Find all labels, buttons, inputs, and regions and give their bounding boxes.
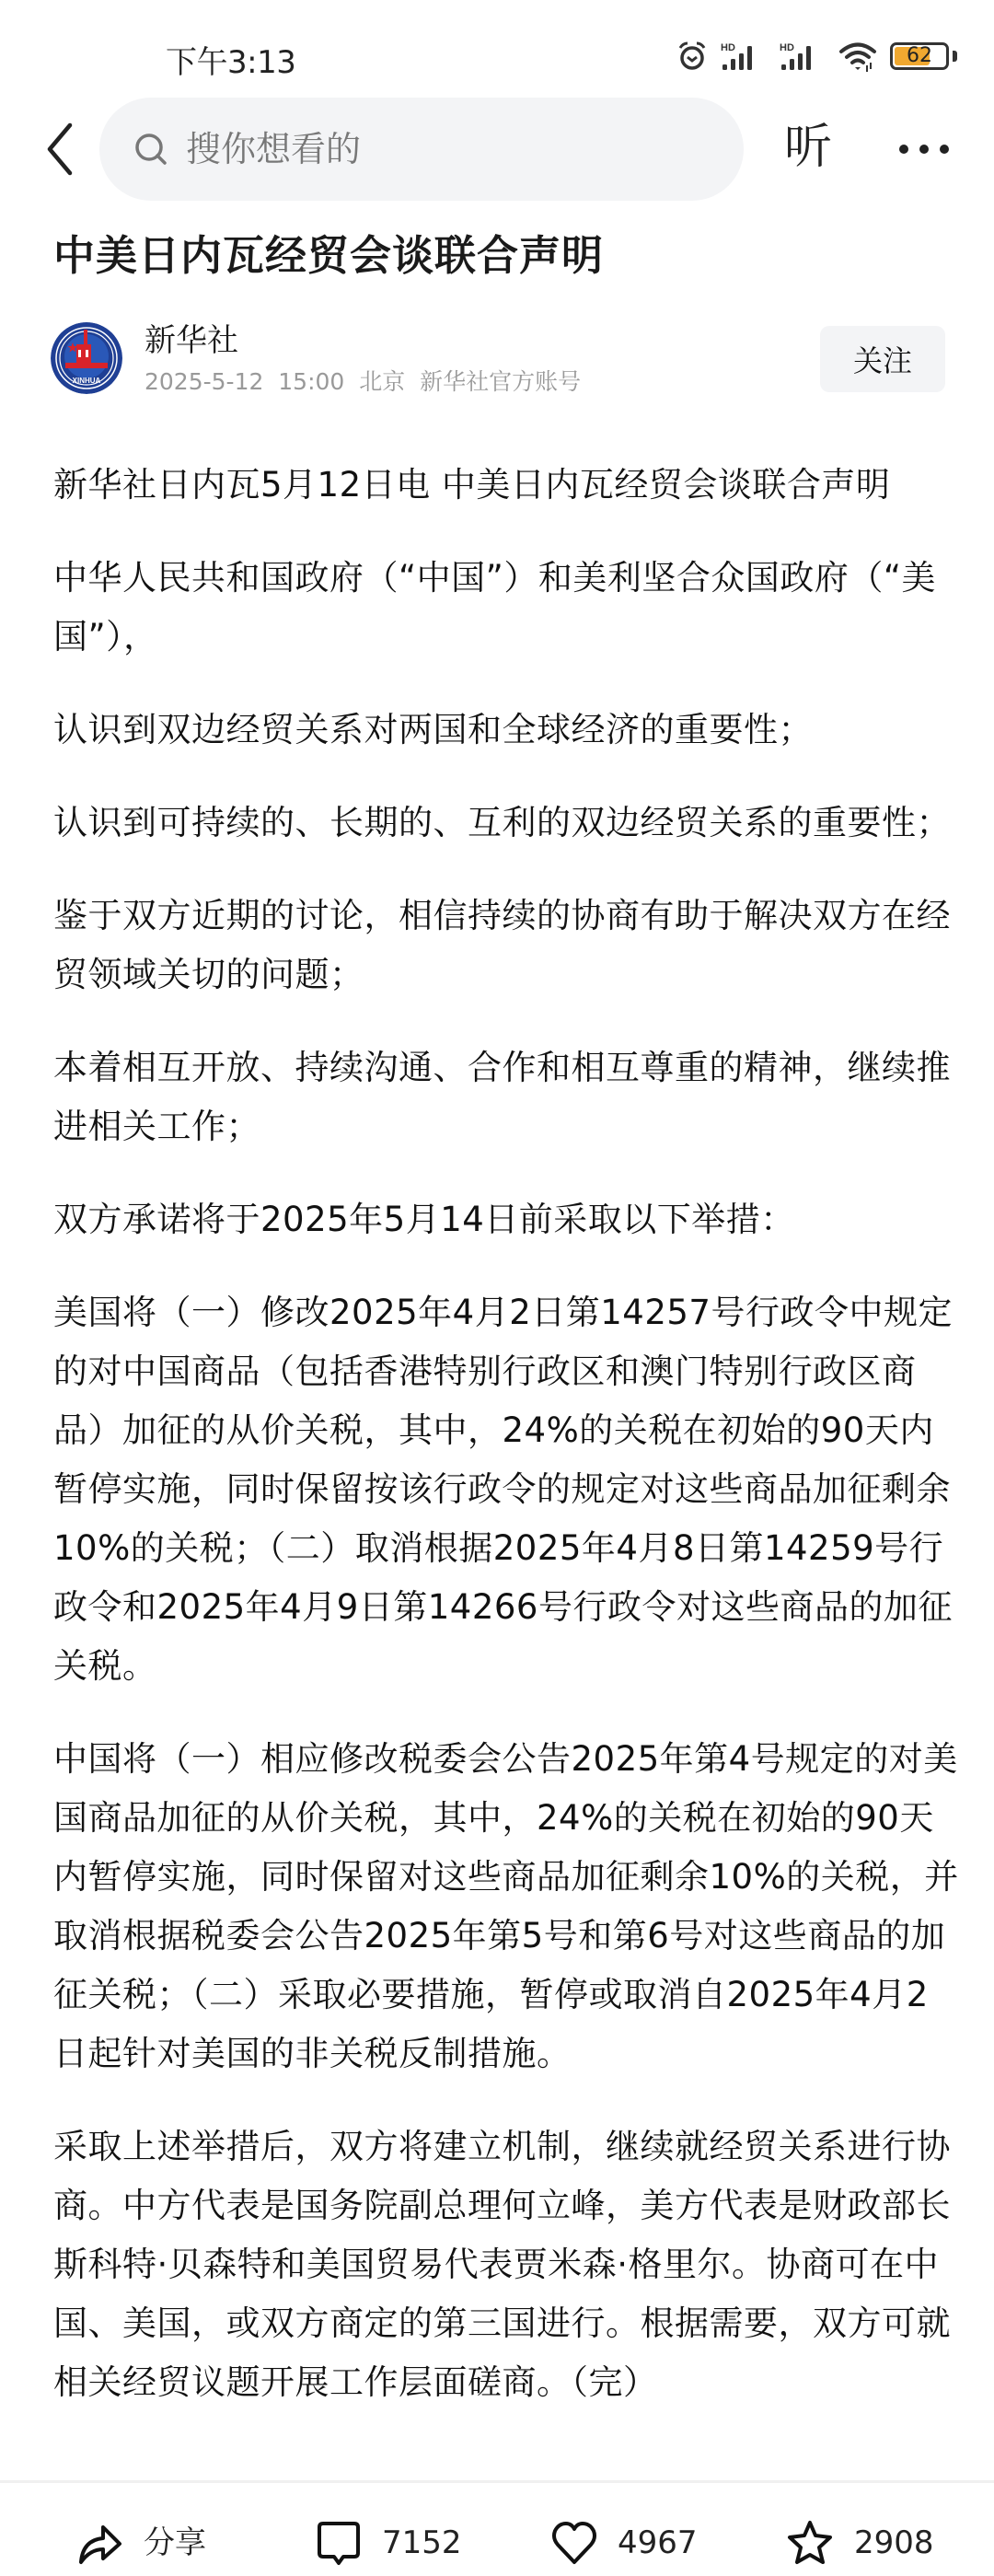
- listen-button[interactable]: 听: [784, 118, 832, 177]
- like-button[interactable]: 4967: [551, 2518, 698, 2568]
- paragraph: 中华人民共和国政府（“中国”）和美利坚合众国政府（“美国”），: [53, 549, 960, 667]
- article-meta: 2025-5-12 15:00 北京 新华社官方账号: [144, 366, 581, 398]
- svg-text:XINHUA: XINHUA: [73, 377, 101, 385]
- xinhua-logo-icon: XINHUA: [51, 322, 122, 394]
- comment-count: 7152: [382, 2518, 462, 2568]
- comment-icon: [316, 2520, 362, 2566]
- share-label: 分享: [144, 2518, 206, 2568]
- more-dots-icon: [899, 145, 908, 154]
- avatar[interactable]: XINHUA: [51, 322, 122, 394]
- wifi-icon: [838, 41, 877, 72]
- status-time: 下午3:13: [166, 37, 295, 82]
- paragraph: 认识到双边经贸关系对两国和全球经济的重要性；: [53, 701, 960, 760]
- more-options-button[interactable]: [895, 120, 954, 179]
- more-dots-icon: [919, 145, 929, 154]
- follow-button[interactable]: 关注: [820, 326, 945, 392]
- author-name[interactable]: 新华社: [144, 320, 238, 361]
- like-count: 4967: [618, 2518, 698, 2568]
- paragraph: 新华社日内瓦5月12日电 中美日内瓦经贸会谈联合声明: [53, 456, 960, 515]
- paragraph: 认识到可持续的、长期的、互利的双边经贸关系的重要性；: [53, 794, 960, 853]
- comment-button[interactable]: 7152: [316, 2518, 462, 2568]
- search-bar[interactable]: [99, 98, 744, 201]
- battery-tip: [953, 51, 957, 62]
- favorite-count: 2908: [854, 2518, 934, 2568]
- top-nav-bar: 听: [0, 92, 994, 207]
- battery-level: 62: [893, 45, 946, 67]
- heart-icon: [551, 2520, 597, 2566]
- paragraph: 鉴于双方近期的讨论，相信持续的协商有助于解决双方在经贸领域关切的问题；: [53, 887, 960, 1004]
- more-dots-icon: [940, 145, 949, 154]
- status-bar: 下午3:13 HD HD: [0, 0, 994, 92]
- svg-text:HD: HD: [721, 42, 735, 53]
- article-title: 中美日内瓦经贸会谈联合声明: [53, 228, 604, 284]
- share-button[interactable]: 分享: [77, 2518, 206, 2568]
- battery-icon: 62: [890, 42, 949, 70]
- chevron-left-icon: [44, 122, 75, 177]
- paragraph: 美国将（一）修改2025年4月2日第14257号行政令中规定的对中国商品（包括香…: [53, 1283, 960, 1696]
- bottom-action-bar: 分享 7152 4967 2908: [0, 2483, 994, 2576]
- status-icons: HD HD: [676, 41, 957, 72]
- hd-signal-icon: HD: [780, 41, 826, 72]
- svg-text:HD: HD: [780, 42, 794, 53]
- paragraph: 中国将（一）相应修改税委会公告2025年第4号规定的对美国商品加征的从价关税，其…: [53, 1730, 960, 2083]
- search-icon: [133, 131, 169, 168]
- favorite-button[interactable]: 2908: [786, 2518, 934, 2568]
- author-row: XINHUA 新华社 2025-5-12 15:00 北京 新华社官方账号 关注: [0, 313, 994, 405]
- paragraph: 双方承诺将于2025年5月14日前采取以下举措：: [53, 1190, 960, 1249]
- star-icon: [786, 2520, 834, 2566]
- back-button[interactable]: [37, 120, 83, 179]
- hd-signal-icon: HD: [721, 41, 767, 72]
- share-icon: [77, 2520, 123, 2566]
- alarm-icon: [676, 41, 708, 72]
- paragraph: 本着相互开放、持续沟通、合作和相互尊重的精神，继续推进相关工作；: [53, 1039, 960, 1156]
- search-input[interactable]: [186, 129, 701, 169]
- paragraph: 采取上述举措后，双方将建立机制，继续就经贸关系进行协商。中方代表是国务院副总理何…: [53, 2118, 960, 2412]
- article-body: 新华社日内瓦5月12日电 中美日内瓦经贸会谈联合声明 中华人民共和国政府（“中国…: [53, 456, 960, 2446]
